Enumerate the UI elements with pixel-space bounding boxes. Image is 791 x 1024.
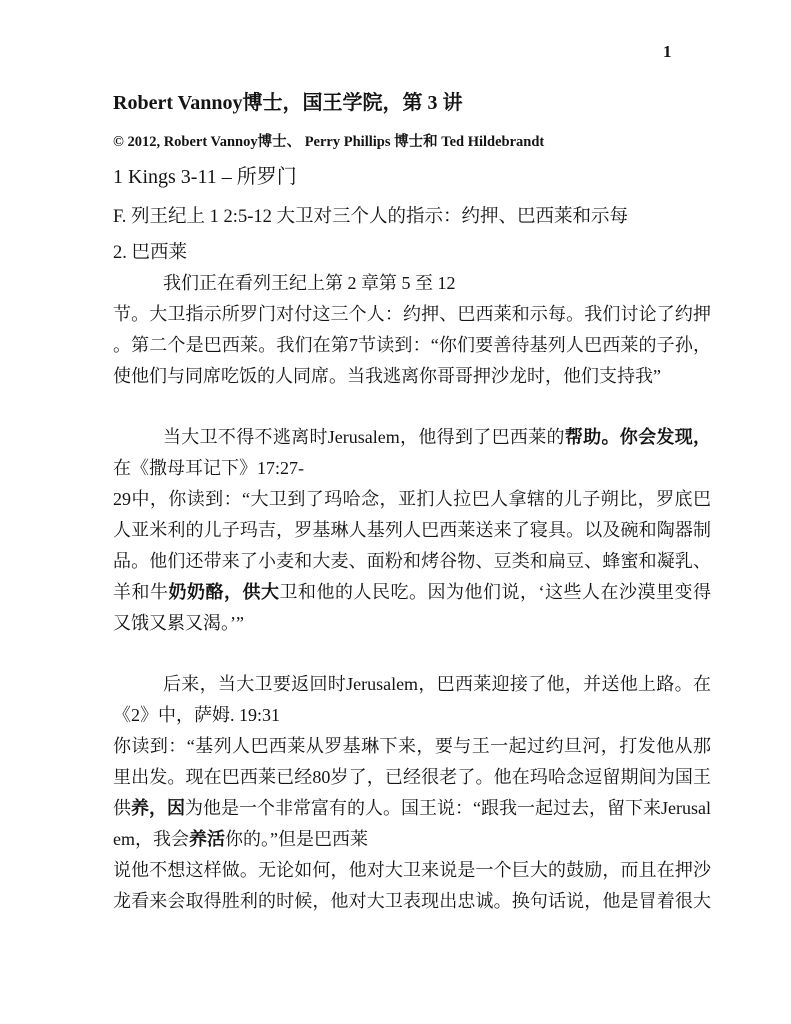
paragraph-line: 羊和牛奶奶酪，供大卫和他的人民吃。因为他们说，‘这些人在沙漠里变得 bbox=[113, 577, 711, 608]
paragraph-line: em，我会养活你的。”但是巴西莱 bbox=[113, 824, 711, 855]
text-run: 供 bbox=[113, 798, 131, 818]
section-heading: F. 列王纪上 1 2:5-12 大卫对三个人的指示：约押、巴西莱和示每 bbox=[113, 204, 711, 230]
paragraph-line: 当大卫不得不逃离时Jerusalem，他得到了巴西莱的帮助。你会发现， bbox=[113, 422, 711, 453]
paragraph-line: 里出发。现在巴西莱已经80岁了，已经很老了。他在玛哈念逗留期间为国王 bbox=[113, 762, 711, 793]
paragraph-line: 使他们与同席吃饭的人同席。当我逃离你哥哥押沙龙时，他们支持我” bbox=[113, 361, 711, 392]
paragraph-line: 节。大卫指示所罗门对付这三个人：约押、巴西莱和示每。我们讨论了约押 bbox=[113, 299, 711, 330]
paragraph: 我们正在看列王纪上第 2 章第 5 至 12节。大卫指示所罗门对付这三个人：约押… bbox=[113, 268, 711, 392]
text-run: 我们正在看列王纪上第 2 章第 5 至 12 bbox=[163, 273, 456, 293]
text-run: 在《撒母耳记下》17:27- bbox=[113, 458, 304, 478]
text-run: 。第二个是巴西莱。我们在第7节读到：“你们要善待基列人巴西莱的子孙， bbox=[113, 335, 711, 355]
paragraph-line: 在《撒母耳记下》17:27- bbox=[113, 453, 711, 484]
text-run: 节。大卫指示所罗门对付这三个人：约押、巴西莱和示每。我们讨论了约押 bbox=[113, 304, 711, 324]
bold-text-run: 养活 bbox=[189, 829, 225, 849]
bold-text-run: 奶奶酪，供大 bbox=[169, 582, 280, 602]
text-run: 人亚米利的儿子玛吉，罗基琳人基列人巴西莱送来了寝具。以及碗和陶器制 bbox=[113, 520, 711, 540]
paragraph-line: 又饿又累又渴。’” bbox=[113, 608, 711, 639]
text-run: 当大卫不得不逃离时Jerusalem，他得到了巴西莱的 bbox=[163, 427, 565, 447]
paragraph-line: 品。他们还带来了小麦和大麦、面粉和烤谷物、豆类和扁豆、蜂蜜和凝乳、 bbox=[113, 546, 711, 577]
text-run: 卫和他的人民吃。因为他们说，‘这些人在沙漠里变得 bbox=[280, 582, 712, 602]
text-run: 品。他们还带来了小麦和大麦、面粉和烤谷物、豆类和扁豆、蜂蜜和凝乳、 bbox=[113, 551, 711, 571]
text-run: 你的。”但是巴西莱 bbox=[225, 829, 368, 849]
paragraph-line: 供养，因为他是一个非常富有的人。国王说：“跟我一起过去，留下来Jerusal bbox=[113, 793, 711, 824]
text-run: 里出发。现在巴西莱已经80岁了，已经很老了。他在玛哈念逗留期间为国王 bbox=[113, 767, 711, 787]
text-run: 说他不想这样做。无论如何，他对大卫来说是一个巨大的鼓励，而且在押沙 bbox=[113, 860, 711, 880]
text-run: 龙看来会取得胜利的时候，他对大卫表现出忠诚。换句话说，他是冒着很大 bbox=[113, 891, 711, 911]
paragraph-line: 龙看来会取得胜利的时候，他对大卫表现出忠诚。换句话说，他是冒着很大 bbox=[113, 886, 711, 917]
page-title: Robert Vannoy博士，国王学院，第 3 讲 bbox=[113, 90, 711, 116]
paragraph-line: 我们正在看列王纪上第 2 章第 5 至 12 bbox=[113, 268, 711, 299]
paragraph: 当大卫不得不逃离时Jerusalem，他得到了巴西莱的帮助。你会发现，在《撒母耳… bbox=[113, 422, 711, 639]
document-page: 1 Robert Vannoy博士，国王学院，第 3 讲 © 2012, Rob… bbox=[0, 0, 791, 1024]
paragraph-line: 你读到：“基列人巴西莱从罗基琳下来，要与王一起过约旦河，打发他从那 bbox=[113, 731, 711, 762]
paragraph-line: 29中，你读到：“大卫到了玛哈念，亚扪人拉巴人拿辖的儿子朔比，罗底巴 bbox=[113, 484, 711, 515]
text-run: 为他是一个非常富有的人。国王说：“跟我一起过去，留下来Jerusal bbox=[185, 798, 711, 818]
text-run: 29中，你读到：“大卫到了玛哈念，亚扪人拉巴人拿辖的儿子朔比，罗底巴 bbox=[113, 489, 711, 509]
body-paragraphs: 我们正在看列王纪上第 2 章第 5 至 12节。大卫指示所罗门对付这三个人：约押… bbox=[113, 268, 711, 917]
page-content: Robert Vannoy博士，国王学院，第 3 讲 © 2012, Rober… bbox=[113, 0, 711, 917]
text-run: 羊和牛 bbox=[113, 582, 169, 602]
text-run: 你读到：“基列人巴西莱从罗基琳下来，要与王一起过约旦河，打发他从那 bbox=[113, 736, 711, 756]
text-run: 又饿又累又渴。’” bbox=[113, 613, 244, 633]
text-run: 使他们与同席吃饭的人同席。当我逃离你哥哥押沙龙时，他们支持我” bbox=[113, 366, 661, 386]
text-run: 《2》中，萨姆. 19:31 bbox=[113, 705, 280, 725]
paragraph-line: 。第二个是巴西莱。我们在第7节读到：“你们要善待基列人巴西莱的子孙， bbox=[113, 330, 711, 361]
paragraph: 后来，当大卫要返回时Jerusalem，巴西莱迎接了他，并送他上路。在《2》中，… bbox=[113, 669, 711, 917]
paragraph-line: 《2》中，萨姆. 19:31 bbox=[113, 700, 711, 731]
paragraph-line: 人亚米利的儿子玛吉，罗基琳人基列人巴西莱送来了寝具。以及碗和陶器制 bbox=[113, 515, 711, 546]
paragraph-line: 说他不想这样做。无论如何，他对大卫来说是一个巨大的鼓励，而且在押沙 bbox=[113, 855, 711, 886]
subsection-heading: 2. 巴西莱 bbox=[113, 240, 711, 266]
subtitle: 1 Kings 3-11 – 所罗门 bbox=[113, 164, 711, 190]
bold-text-run: 养，因 bbox=[131, 798, 185, 818]
paragraph-line: 后来，当大卫要返回时Jerusalem，巴西莱迎接了他，并送他上路。在 bbox=[113, 669, 711, 700]
text-run: 后来，当大卫要返回时Jerusalem，巴西莱迎接了他，并送他上路。在 bbox=[163, 674, 711, 694]
bold-text-run: 帮助。你会发现， bbox=[565, 427, 711, 447]
text-run: em，我会 bbox=[113, 829, 189, 849]
copyright-line: © 2012, Robert Vannoy博士、 Perry Phillips … bbox=[113, 133, 711, 151]
